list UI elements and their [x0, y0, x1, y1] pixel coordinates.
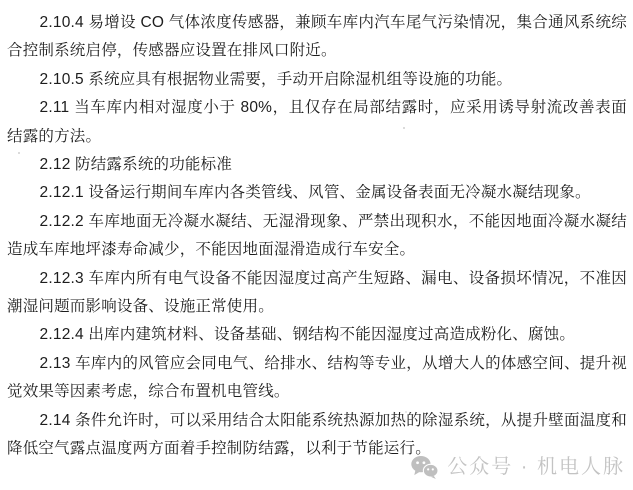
paragraph-2-12-1: 2.12.1 设备运行期间车库内各类管线、风管、金属设备表面无冷凝水凝结现象。 — [7, 179, 627, 207]
wechat-icon — [411, 455, 438, 480]
paragraph-2-10-5: 2.10.5 系统应具有根据物业需要，手动开启除湿机组等设施的功能。 — [7, 66, 627, 94]
paragraph-2-10-4: 2.10.4 易增设 CO 气体浓度传感器，兼顾车库内汽车尾气污染情况，集合通风… — [7, 9, 627, 66]
watermark-label: 公众号 · 机电人脉 — [447, 455, 625, 480]
paragraph-2-13: 2.13 车库内的风管应会同电气、给排水、结构等专业，从增大人的体感空间、提升视… — [7, 350, 627, 407]
paragraph-2-11: 2.11 当车库内相对湿度小于 80%，且仅存在局部结露时，应采用诱导射流改善表… — [7, 94, 627, 151]
document-page: 2.10.4 易增设 CO 气体浓度传感器，兼顾车库内汽车尾气污染情况，集合通风… — [0, 0, 633, 490]
paragraph-2-12-3: 2.12.3 车库内所有电气设备不能因湿度过高产生短路、漏电、设备损坏情况，不准… — [7, 265, 627, 322]
paragraph-2-12-4: 2.12.4 出库内建筑材料、设备基础、钢结构不能因湿度过高造成粉化、腐蚀。 — [7, 321, 627, 349]
scan-artifact-dot — [405, 411, 407, 413]
watermark: 公众号 · 机电人脉 — [411, 455, 625, 480]
scan-artifact-dot — [403, 127, 405, 129]
scan-artifact-dot — [18, 152, 20, 154]
paragraph-2-12: 2.12 防结露系统的功能标准 — [7, 151, 627, 179]
paragraph-2-12-2: 2.12.2 车库地面无冷凝水凝结、无湿滑现象、严禁出现积水，不能因地面冷凝水凝… — [7, 208, 627, 265]
